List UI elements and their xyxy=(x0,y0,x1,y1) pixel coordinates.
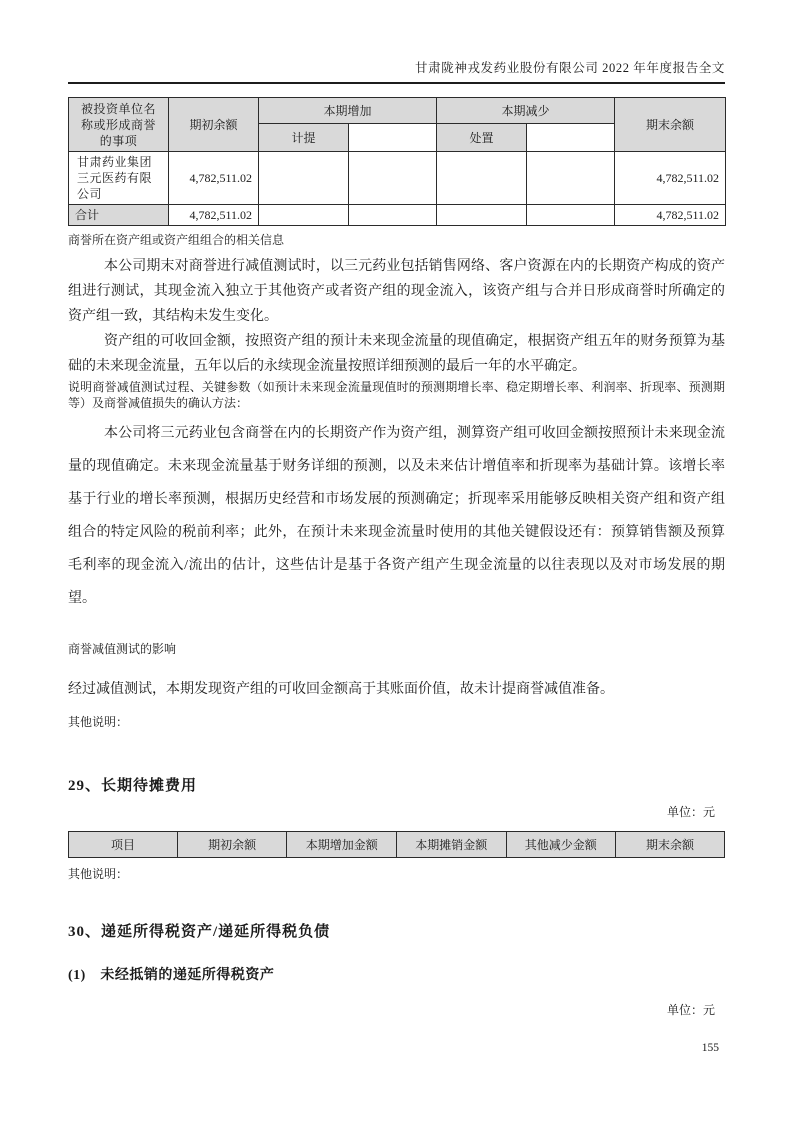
cell-provision xyxy=(259,152,349,205)
impairment-impact-label: 商誉减值测试的影响 xyxy=(68,641,725,657)
cell-increase-other xyxy=(349,152,437,205)
ltpe-header-item: 项目 xyxy=(69,832,178,858)
header-cell-closing-balance: 期末余额 xyxy=(615,98,726,152)
ltpe-header-increase: 本期增加金额 xyxy=(287,832,397,858)
ltpe-header-amortization: 本期摊销金额 xyxy=(396,832,506,858)
table-row-sanyuan: 甘肃药业集团三元医药有限公司 4,782,511.02 4,782,511.02 xyxy=(69,152,726,205)
section-29-other-note-label: 其他说明： xyxy=(68,866,725,882)
section-30-unit-label: 单位：元 xyxy=(68,1002,725,1019)
header-cell-current-decrease: 本期减少 xyxy=(437,98,615,124)
header-cell-increase-blank xyxy=(349,124,437,152)
header-cell-opening-balance: 期初余额 xyxy=(169,98,259,152)
cell-total-decrease-other xyxy=(527,205,615,226)
header-cell-item: 被投资单位名称或形成商誉的事项 xyxy=(69,98,169,152)
cell-total-opening-balance: 4,782,511.02 xyxy=(169,205,259,226)
cell-total-label: 合计 xyxy=(69,205,169,226)
cell-item-name: 甘肃药业集团三元医药有限公司 xyxy=(69,152,169,205)
header-cell-provision: 计提 xyxy=(259,124,349,152)
page-header: 甘肃陇神戎发药业股份有限公司 2022 年年度报告全文 xyxy=(68,60,725,84)
goodwill-paragraph-1: 本公司期末对商誉进行减值测试时，以三元药业包括销售网络、客户资源在内的长期资产构… xyxy=(68,254,725,329)
section-29-title: 29、长期待摊费用 xyxy=(68,776,725,796)
cell-total-closing-balance: 4,782,511.02 xyxy=(615,205,726,226)
header-cell-disposal: 处置 xyxy=(437,124,527,152)
cell-disposal xyxy=(437,152,527,205)
goodwill-impairment-table: 被投资单位名称或形成商誉的事项 期初余额 本期增加 本期减少 期末余额 计提 处… xyxy=(68,97,726,226)
section-30-title: 30、递延所得税资产/递延所得税负债 xyxy=(68,922,725,942)
ltpe-header-row: 项目 期初余额 本期增加金额 本期摊销金额 其他减少金额 期末余额 xyxy=(69,832,725,858)
impairment-method-label: 说明商誉减值测试过程、关键参数（如预计未来现金流量现值时的预测期增长率、稳定期增… xyxy=(68,379,725,411)
header-cell-decrease-blank xyxy=(527,124,615,152)
cell-opening-balance: 4,782,511.02 xyxy=(169,152,259,205)
asset-group-info-label: 商誉所在资产组或资产组组合的相关信息 xyxy=(68,232,725,248)
section-30-subsection-1-title: (1) 未经抵销的递延所得税资产 xyxy=(68,966,725,985)
long-term-prepaid-expenses-table: 项目 期初余额 本期增加金额 本期摊销金额 其他减少金额 期末余额 xyxy=(68,831,725,858)
cell-closing-balance: 4,782,511.02 xyxy=(615,152,726,205)
goodwill-paragraph-2: 资产组的可收回金额，按照资产组的预计未来现金流量的现值确定，根据资产组五年的财务… xyxy=(68,329,725,379)
header-divider-line xyxy=(68,82,725,84)
cell-total-provision xyxy=(259,205,349,226)
goodwill-paragraph-4: 经过减值测试，本期发现资产组的可收回金额高于其账面价值，故未计提商誉减值准备。 xyxy=(68,677,725,702)
ltpe-header-closing-balance: 期末余额 xyxy=(616,832,725,858)
goodwill-other-note-label: 其他说明： xyxy=(68,714,725,730)
section-29-unit-label: 单位：元 xyxy=(68,804,725,821)
goodwill-paragraph-3: 本公司将三元药业包含商誉在内的长期资产作为资产组，测算资产组可收回金额按照预计未… xyxy=(68,417,725,615)
ltpe-header-other-decrease: 其他减少金额 xyxy=(506,832,616,858)
page-number: 155 xyxy=(702,1042,719,1054)
ltpe-header-opening-balance: 期初余额 xyxy=(177,832,287,858)
report-page: 甘肃陇神戎发药业股份有限公司 2022 年年度报告全文 被投资单位名称或形成商誉… xyxy=(68,0,725,1019)
cell-total-disposal xyxy=(437,205,527,226)
cell-decrease-other xyxy=(527,152,615,205)
header-cell-current-increase: 本期增加 xyxy=(259,98,437,124)
table-row-total: 合计 4,782,511.02 4,782,511.02 xyxy=(69,205,726,226)
table-header-row-1: 被投资单位名称或形成商誉的事项 期初余额 本期增加 本期减少 期末余额 xyxy=(69,98,726,124)
cell-total-increase-other xyxy=(349,205,437,226)
report-header-title: 甘肃陇神戎发药业股份有限公司 2022 年年度报告全文 xyxy=(68,60,725,77)
